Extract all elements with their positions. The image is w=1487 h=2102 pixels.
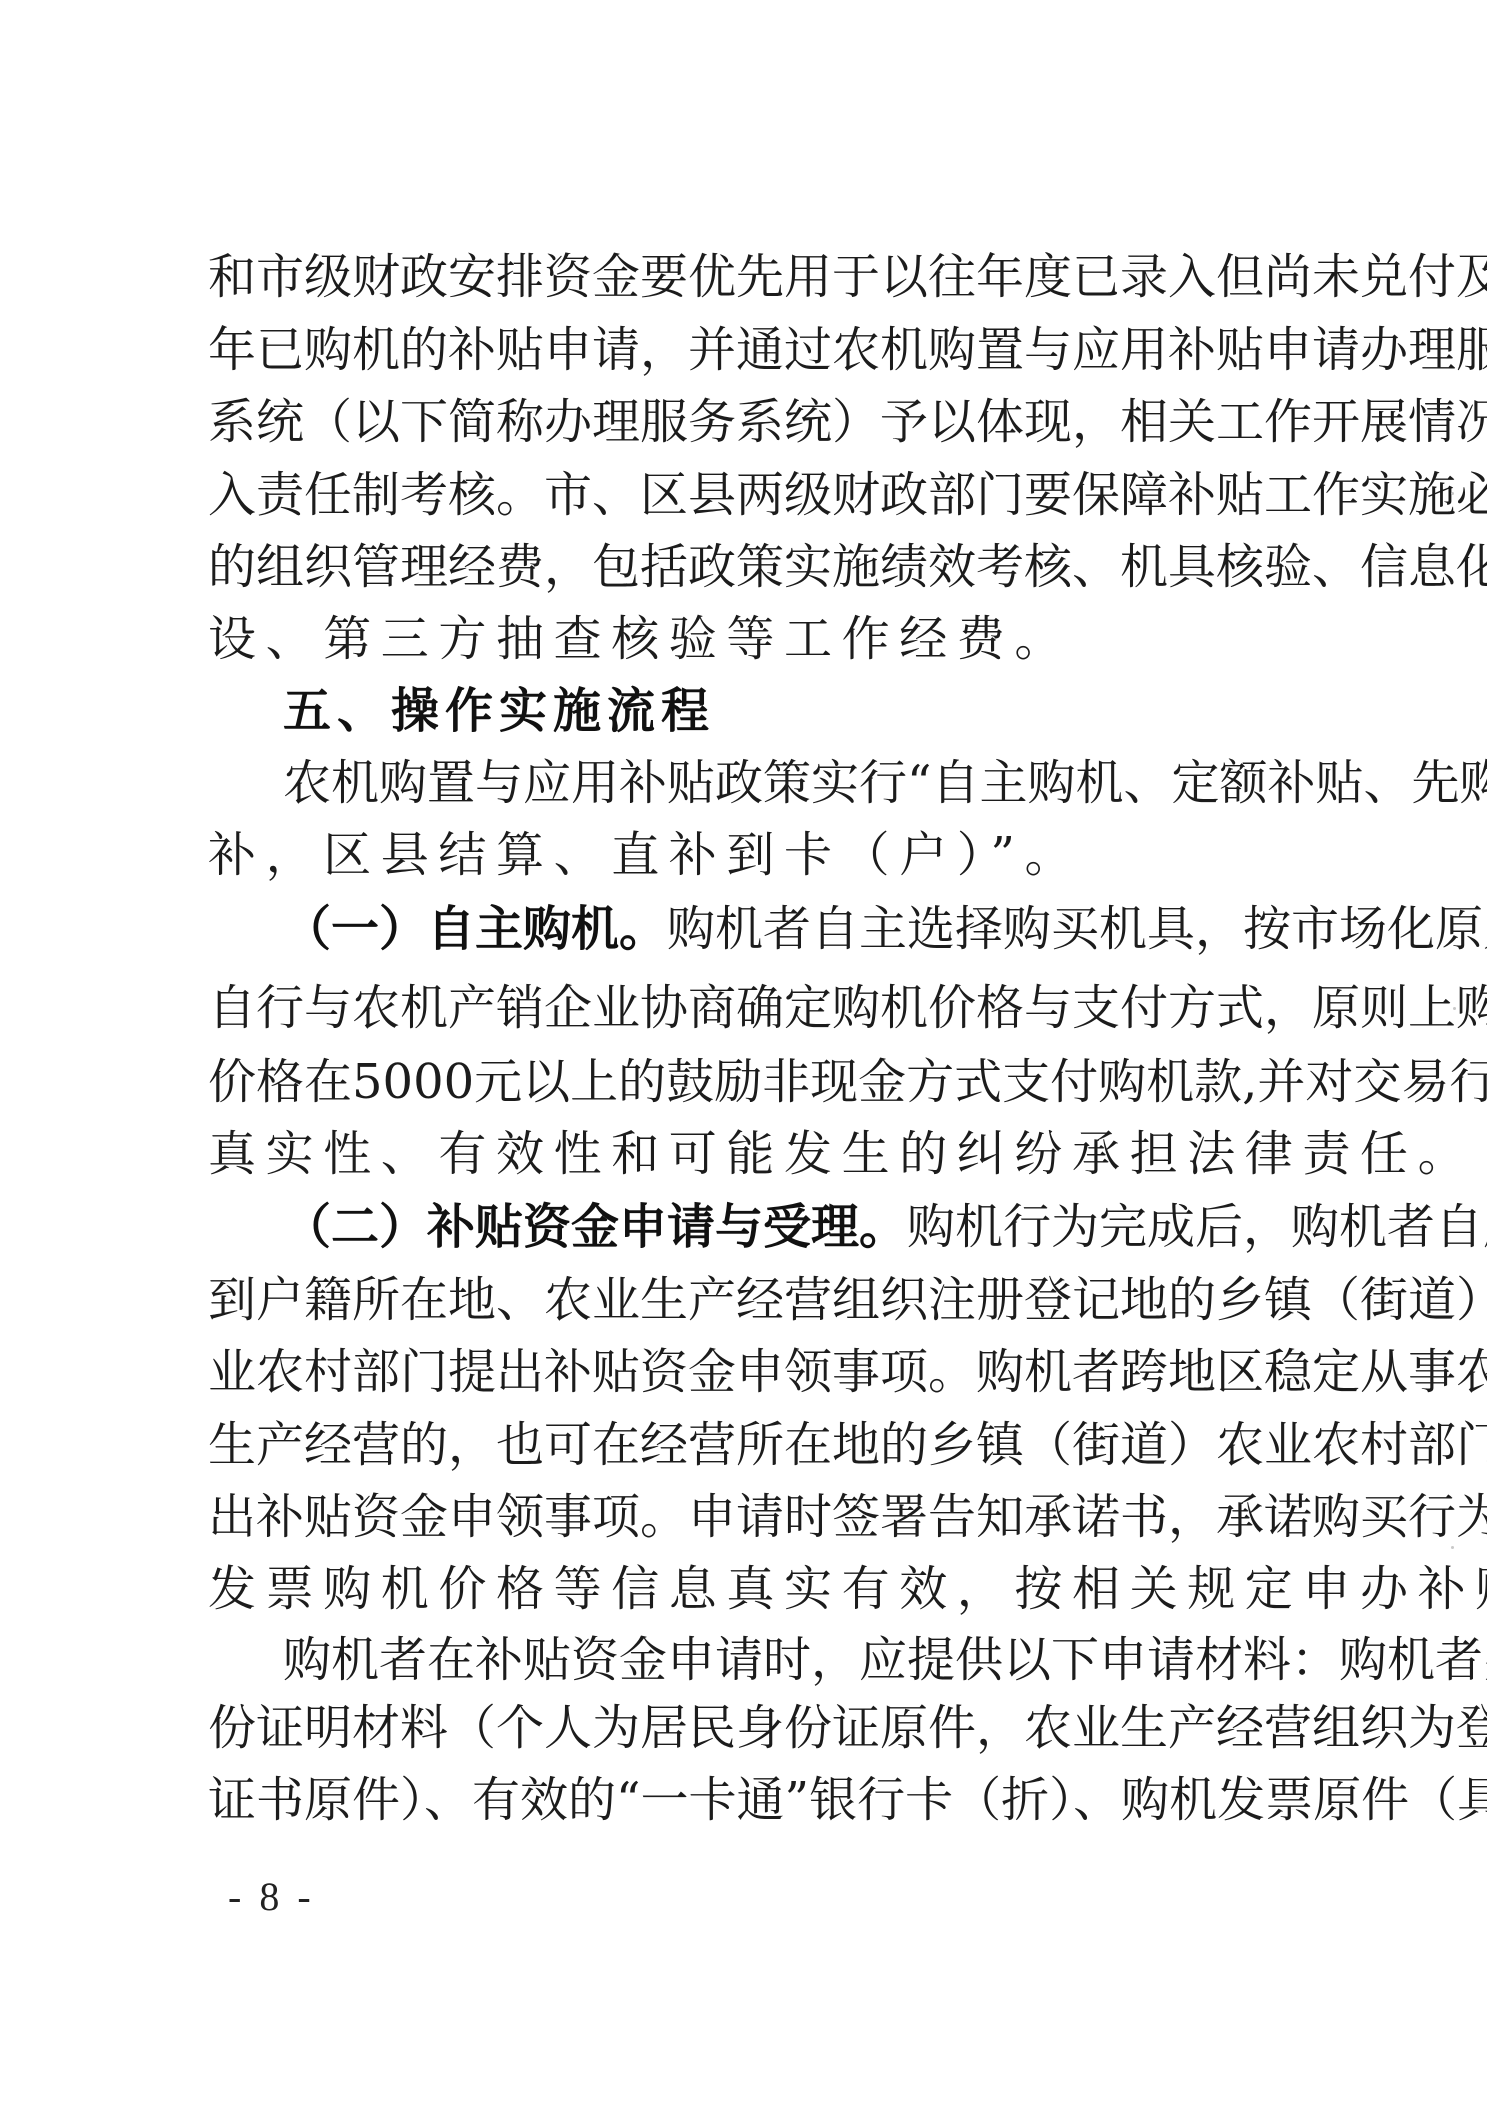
paragraph-line: 设、第三方抽查核验等工作经费。	[208, 603, 1308, 675]
paragraph-text: 购机者自主选择购买机具，按市场化原则	[667, 901, 1487, 957]
paragraph-line: 购机者在补贴资金申请时，应提供以下申请材料：购机者身	[283, 1624, 1308, 1696]
paragraph-line: 自行与农机产销企业协商确定购机价格与支付方式，原则上购机	[208, 972, 1308, 1044]
paragraph-line: 年已购机的补贴申请，并通过农机购置与应用补贴申请办理服务	[208, 314, 1308, 386]
page-number: - 8 -	[228, 1872, 315, 1922]
document-page: 和市级财政安排资金要优先用于以往年度已录入但尚未兑付及当 年已购机的补贴申请，并…	[0, 0, 1487, 2102]
paragraph-line: 业农村部门提出补贴资金申领事项。购机者跨地区稳定从事农业	[208, 1336, 1308, 1408]
paragraph-line: 生产经营的，也可在经营所在地的乡镇（街道）农业农村部门提	[208, 1409, 1308, 1481]
scan-artifact	[1451, 1546, 1454, 1549]
paragraph-line: 到户籍所在地、农业生产经营组织注册登记地的乡镇（街道）农	[208, 1264, 1308, 1336]
subsection-heading: （二）补贴资金申请与受理。	[283, 1199, 907, 1255]
paragraph-line: 农机购置与应用补贴政策实行“自主购机、定额补贴、先购后	[283, 747, 1308, 819]
paragraph-line: 的组织管理经费，包括政策实施绩效考核、机具核验、信息化建	[208, 531, 1308, 603]
paragraph-line: 和市级财政安排资金要优先用于以往年度已录入但尚未兑付及当	[208, 241, 1308, 313]
paragraph-line: 价格在5000元以上的鼓励非现金方式支付购机款,并对交易行为	[208, 1046, 1308, 1118]
subsection-paragraph-line: （一）自主购机。购机者自主选择购买机具，按市场化原则	[283, 893, 1308, 965]
paragraph-text: 购机行为完成后，购机者自愿	[907, 1199, 1487, 1255]
paragraph-line: 补，区县结算、直补到卡（户）”。	[208, 819, 1308, 891]
subsection-paragraph-line: （二）补贴资金申请与受理。购机行为完成后，购机者自愿	[283, 1191, 1308, 1263]
paragraph-line: 份证明材料（个人为居民身份证原件，农业生产经营组织为登记	[208, 1692, 1308, 1764]
paragraph-line: 出补贴资金申领事项。申请时签署告知承诺书，承诺购买行为、	[208, 1481, 1308, 1553]
scan-artifact	[1453, 1007, 1456, 1010]
scan-artifact	[1451, 492, 1454, 495]
paragraph-line: 入责任制考核。市、区县两级财政部门要保障补贴工作实施必要	[208, 459, 1308, 531]
section-heading: 五、操作实施流程	[283, 675, 1308, 747]
paragraph-line: 系统（以下简称办理服务系统）予以体现，相关工作开展情况纳	[208, 386, 1308, 458]
subsection-heading: （一）自主购机。	[283, 901, 667, 957]
paragraph-line: 真实性、有效性和可能发生的纠纷承担法律责任。	[208, 1118, 1308, 1190]
paragraph-line: 证书原件）、有效的“一卡通”银行卡（折）、购机发票原件（具有	[208, 1764, 1308, 1836]
paragraph-line: 发票购机价格等信息真实有效，按相关规定申办补贴。	[208, 1553, 1308, 1625]
